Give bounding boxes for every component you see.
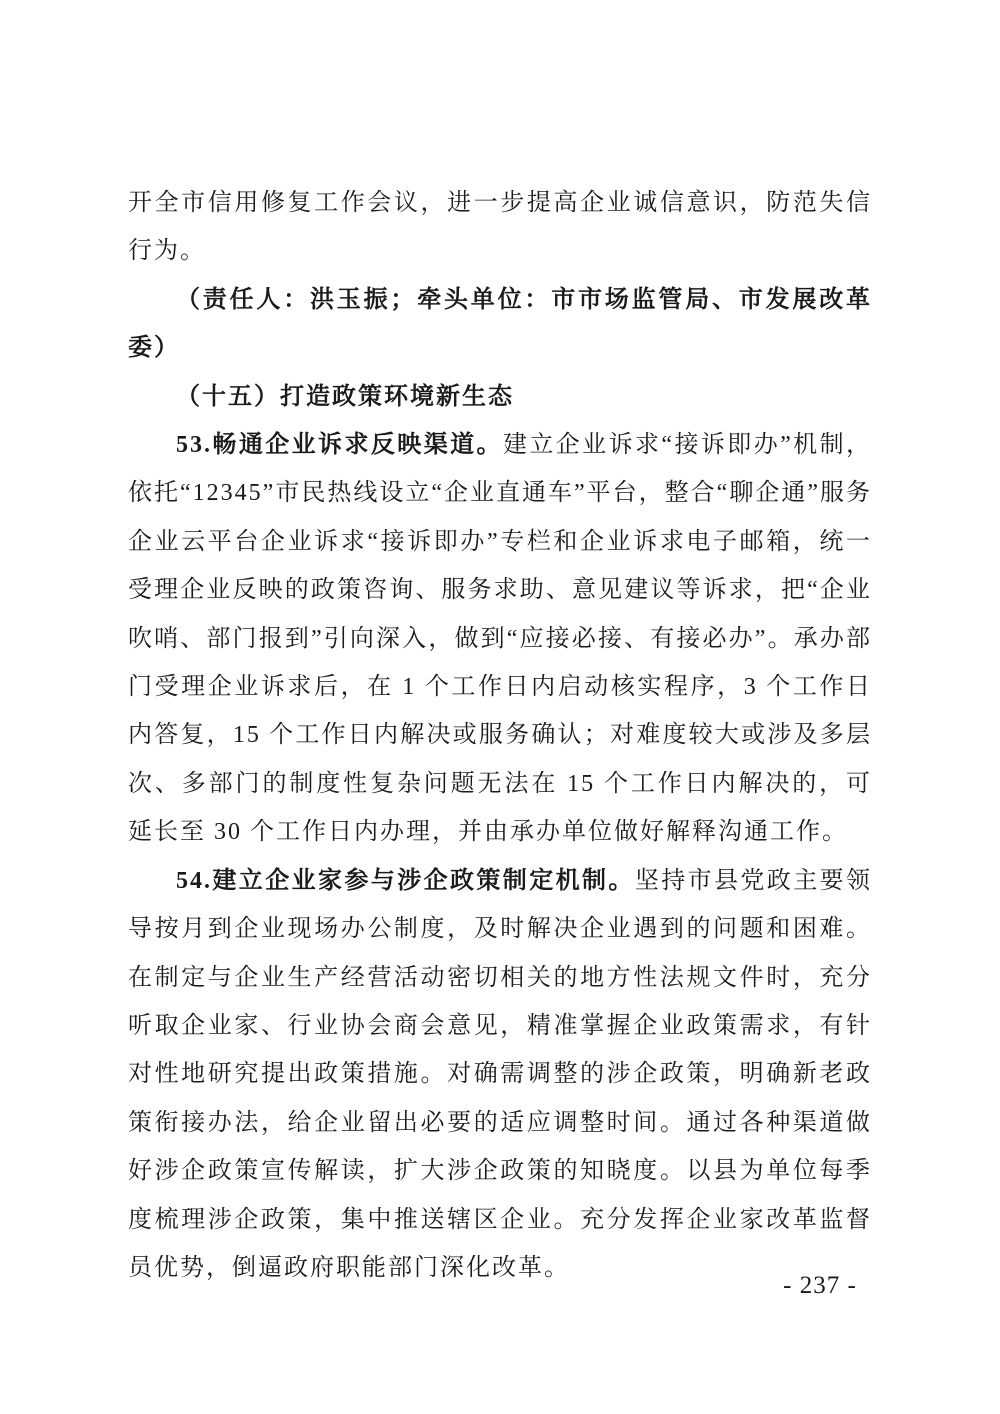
text-block: 开全市信用修复工作会议，进一步提高企业诚信意识，防范失信行为。 （责任人：洪玉振… (128, 179, 872, 1292)
item-53-body: 建立企业诉求“接诉即办”机制，依托“12345”市民热线设立“企业直通车”平台，… (128, 432, 872, 845)
continuation-paragraph: 开全市信用修复工作会议，进一步提高企业诚信意识，防范失信行为。 (128, 179, 872, 276)
item-53-lead: 53.畅通企业诉求反映渠道。 (176, 432, 503, 458)
document-page: 开全市信用修复工作会议，进一步提高企业诚信意识，防范失信行为。 （责任人：洪玉振… (0, 0, 1000, 1414)
item-54-body: 坚持市县党政主要领导按月到企业现场办公制度，及时解决企业遇到的问题和困难。在制定… (128, 868, 872, 1281)
item-54-lead: 54.建立企业家参与涉企政策制定机制。 (176, 868, 635, 894)
section-heading: （十五）打造政策环境新生态 (128, 373, 872, 421)
page-number: - 237 - (770, 1272, 870, 1300)
responsibility-line: （责任人：洪玉振；牵头单位：市市场监管局、市发展改革委） (128, 276, 872, 373)
item-53-paragraph: 53.畅通企业诉求反映渠道。建立企业诉求“接诉即办”机制，依托“12345”市民… (128, 421, 872, 857)
item-54-paragraph: 54.建立企业家参与涉企政策制定机制。坚持市县党政主要领导按月到企业现场办公制度… (128, 857, 872, 1293)
